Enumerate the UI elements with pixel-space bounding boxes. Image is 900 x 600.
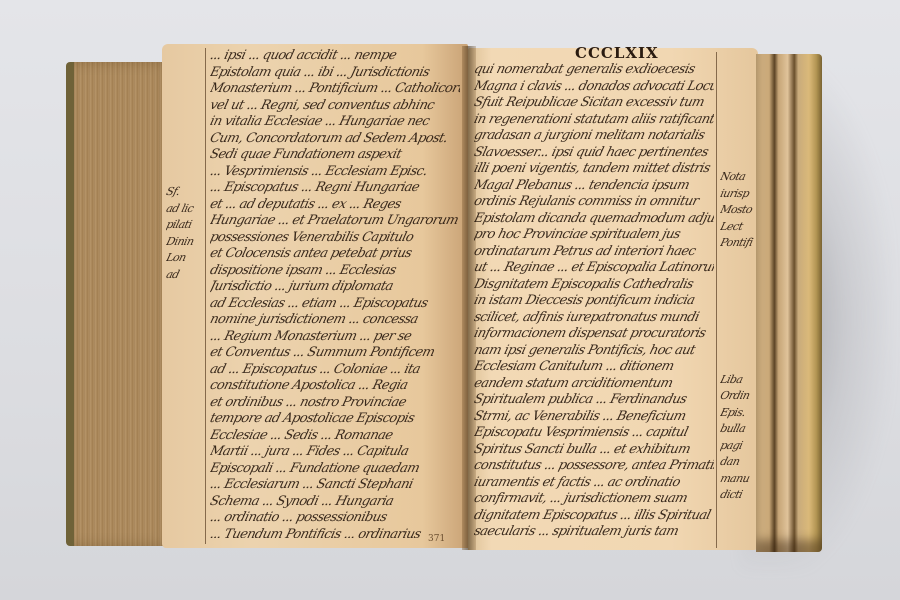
manuscript-line: informacionem dispensat procuratoris <box>474 326 714 343</box>
manuscript-line: vel ut ... Regni, sed conventus abhinc <box>210 98 460 115</box>
manuscript-line: ... Episcopatus ... Regni Hungariae <box>210 180 460 197</box>
manuscript-line: ... ipsi ... quod accidit ... nempe <box>210 48 460 65</box>
manuscript-line: in regenerationi statutam aliis ratifica… <box>474 112 714 129</box>
margin-note: Mosto <box>720 203 760 220</box>
manuscript-line: et Colocensis antea petebat prius <box>210 246 460 263</box>
manuscript-line: Monasterium ... Pontificium ... Catholic… <box>210 81 460 98</box>
manuscript-line: et ordinibus ... nostro Provinciae <box>210 395 460 412</box>
manuscript-line: ... ordinatio ... possessionibus <box>210 510 460 527</box>
manuscript-line: in vitalia Ecclesiae ... Hungariae nec <box>210 114 460 131</box>
manuscript-line: Episcopatu Vesprimiensis ... capitul <box>474 425 714 442</box>
manuscript-line: ordinis Rejulanis commiss in omnitur <box>474 194 714 211</box>
manuscript-line: iuramentis et factis ... ac ordinatio <box>474 475 714 492</box>
manuscript-line: et Conventus ... Summum Pontificem <box>210 345 460 362</box>
manuscript-line: Epistolam quia ... ibi ... Jurisdictioni… <box>210 65 460 82</box>
manuscript-line: Slavoesser... ipsi quid haec pertinentes <box>474 145 714 162</box>
right-page-edges <box>756 54 822 552</box>
manuscript-line: ... Tuendum Pontificis ... ordinarius <box>210 527 460 539</box>
margin-note: ad <box>166 268 206 285</box>
manuscript-line: nam ipsi generalis Pontificis, hoc aut <box>474 343 714 360</box>
page-header-numeral: CCCLXIX <box>575 44 659 62</box>
margin-note: dicti <box>720 488 760 505</box>
right-margin-notes: Nota iurisp Mosto Lect Pontifi Liba Ordi… <box>720 170 760 545</box>
manuscript-line: Magal Plebanus ... tendencia ipsum <box>474 178 714 195</box>
margin-note: Lon <box>166 251 206 268</box>
margin-note: Lect <box>720 220 760 237</box>
manuscript-line: Martii ... jura ... Fides ... Capitula <box>210 444 460 461</box>
margin-note: Ordin <box>720 389 760 406</box>
manuscript-line: saecularis ... spiritualem juris tam <box>474 524 714 541</box>
manuscript-line: scilicet, adfinis iurepatronatus mundi <box>474 310 714 327</box>
margin-note: Epis. <box>720 406 760 423</box>
folio-number: 371 <box>428 534 445 544</box>
left-page-text: ... ipsi ... quod accidit ... nempe Epis… <box>210 48 460 538</box>
margin-note: pagi <box>720 439 760 456</box>
margin-note: iurisp <box>720 187 760 204</box>
manuscript-line: Sedi quae Fundationem aspexit <box>210 147 460 164</box>
manuscript-line: tempore ad Apostolicae Episcopis <box>210 411 460 428</box>
manuscript-line: in istam Dieccesis pontificum indicia <box>474 293 714 310</box>
manuscript-line: Spiritualem publica ... Ferdinandus <box>474 392 714 409</box>
manuscript-line: Ecclesiae ... Sedis ... Romanae <box>210 428 460 445</box>
margin-note: Pontifi <box>720 236 760 253</box>
manuscript-line: Sfuit Reipublicae Sicitan excessiv tum <box>474 95 714 112</box>
manuscript-line: illi poeni vigentis, tandem mittet distr… <box>474 161 714 178</box>
manuscript-line: eandem statum arciditiomentum <box>474 376 714 393</box>
manuscript-line: Spiritus Sancti bulla ... et exhibitum <box>474 442 714 459</box>
manuscript-line: Schema ... Synodi ... Hungaria <box>210 494 460 511</box>
manuscript-line: Cum, Concordatorum ad Sedem Apost. <box>210 131 460 148</box>
manuscript-line: Hungariae ... et Praelatorum Ungarorum <box>210 213 460 230</box>
manuscript-line: pro hoc Provinciae spiritualem jus <box>474 227 714 244</box>
manuscript-line: Magna i clavis ... donados advocati Locu… <box>474 79 714 96</box>
manuscript-line: dignitatem Episcopatus ... illis Spiritu… <box>474 508 714 525</box>
manuscript-line: ad Ecclesias ... etiam ... Episcopatus <box>210 296 460 313</box>
manuscript-line: possessiones Venerabilis Capitulo <box>210 230 460 247</box>
manuscript-line: nomine jurisdictionem ... concessa <box>210 312 460 329</box>
manuscript-line: gradasan a jurgioni melitam notarialis <box>474 128 714 145</box>
left-margin-notes: Sf. ad lic pilati Dinin Lon ad <box>166 185 206 325</box>
manuscript-line: qui nomerabat generalis exdioecesis <box>474 62 714 79</box>
manuscript-line: ... Regium Monasterium ... per se <box>210 329 460 346</box>
manuscript-line: ... Vesprimiensis ... Ecclesiam Episc. <box>210 164 460 181</box>
manuscript-line: Jurisdictio ... jurium diplomata <box>210 279 460 296</box>
manuscript-line: Ecclesiam Canitulum ... ditionem <box>474 359 714 376</box>
manuscript-line: confirmavit, ... jurisdictionem suam <box>474 491 714 508</box>
manuscript-line: dispositione ipsam ... Ecclesias <box>210 263 460 280</box>
right-page-margin-rule <box>716 52 717 548</box>
manuscript-line: Epistolam dicanda quemadmodum adjurat <box>474 211 714 228</box>
manuscript-line: ordinatarum Petrus ad interiori haec <box>474 244 714 261</box>
margin-note: Sf. <box>166 185 206 202</box>
left-page-edges <box>66 62 174 546</box>
manuscript-line: et ... ad deputatis ... ex ... Reges <box>210 197 460 214</box>
margin-note: ad lic <box>166 202 206 219</box>
margin-note: dan <box>720 455 760 472</box>
margin-note: pilati <box>166 218 206 235</box>
manuscript-line: constitutus ... possessore, antea Primat… <box>474 458 714 475</box>
right-page-text: qui nomerabat generalis exdioecesis Magn… <box>474 62 714 542</box>
manuscript-line: constitutione Apostolica ... Regia <box>210 378 460 395</box>
margin-note: bulla <box>720 422 760 439</box>
margin-note: manu <box>720 472 760 489</box>
margin-note: Nota <box>720 170 760 187</box>
manuscript-line: Strmi, ac Venerabilis ... Beneficium <box>474 409 714 426</box>
manuscript-line: ut ... Reginae ... et Episcopalia Latino… <box>474 260 714 277</box>
manuscript-line: ... Ecclesiarum ... Sancti Stephani <box>210 477 460 494</box>
manuscript-line: Episcopali ... Fundatione quaedam <box>210 461 460 478</box>
manuscript-line: ad ... Episcopatus ... Coloniae ... ita <box>210 362 460 379</box>
margin-note: Dinin <box>166 235 206 252</box>
manuscript-line: Disgnitatem Episcopalis Cathedralis <box>474 277 714 294</box>
margin-note: Liba <box>720 373 760 390</box>
